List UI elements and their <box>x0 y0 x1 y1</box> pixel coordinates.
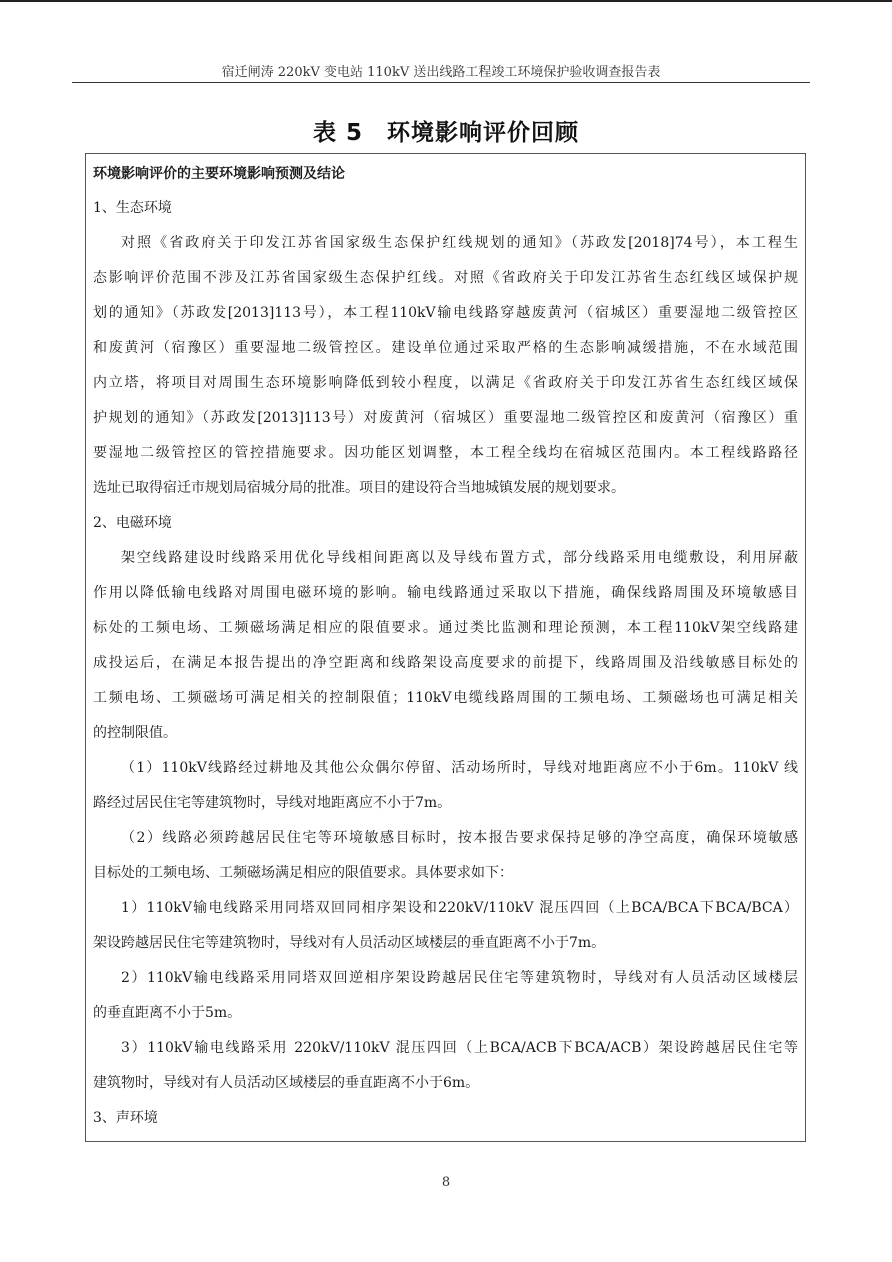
paragraph-line: 工频电场、工频磁场可满足相关的控制限值；110kV电缆线路周围的工频电场、工频磁… <box>93 681 798 716</box>
header-rule <box>72 82 810 83</box>
running-header: 宿迁闸涛 220kV 变电站 110kV 送出线路工程竣工环境保护验收调查报告表 <box>72 64 810 82</box>
top-border <box>0 0 892 2</box>
paragraph-line: 对照《省政府关于印发江苏省国家级生态保护红线规划的通知》（苏政发[2018]74… <box>93 226 798 261</box>
page-number: 8 <box>0 1175 892 1190</box>
sub-requirement-1-cont: 架设跨越居民住宅等建筑物时，导线对有人员活动区域楼层的垂直距离不小于7m。 <box>93 926 798 961</box>
review-table-cell: 环境影响评价的主要环境影响预测及结论 1、生态环境 对照《省政府关于印发江苏省国… <box>85 153 806 1142</box>
sub-requirement-3-cont: 建筑物时，导线对有人员活动区域楼层的垂直距离不小于6m。 <box>93 1066 798 1101</box>
paragraph-line: 和废黄河（宿豫区）重要湿地二级管控区。建设单位通过采取严格的生态影响减缓措施，不… <box>93 331 798 366</box>
page-title: 表 5 环境影响评价回顾 <box>0 114 892 147</box>
paragraph-line: 作用以降低输电线路对周围电磁环境的影响。输电线路通过采取以下措施，确保线路周围及… <box>93 576 798 611</box>
paragraph-line: 架空线路建设时线路采用优化导线相间距离以及导线布置方式，部分线路采用电缆敷设，利… <box>93 541 798 576</box>
section-label-electromagnetic: 2、电磁环境 <box>93 506 798 541</box>
paragraph-line: 选址已取得宿迁市规划局宿城分局的批准。项目的建设符合当地城镇发展的规划要求。 <box>93 471 798 506</box>
paragraph-line: 标处的工频电场、工频磁场满足相应的限值要求。通过类比监测和理论预测，本工程110… <box>93 611 798 646</box>
section-label-ecology: 1、生态环境 <box>93 191 798 226</box>
paragraph-line: 划的通知》（苏政发[2013]113号），本工程110kV输电线路穿越废黄河（宿… <box>93 296 798 331</box>
paragraph-line: 成投运后，在满足本报告提出的净空距离和线路架设高度要求的前提下，线路周围及沿线敏… <box>93 646 798 681</box>
sub-requirement-3: 3）110kV输电线路采用 220kV/110kV 混压四回（上BCA/ACB下… <box>93 1031 798 1066</box>
requirement-item-1: （1）110kV线路经过耕地及其他公众偶尔停留、活动场所时，导线对地距离应不小于… <box>93 751 798 786</box>
sub-requirement-1: 1）110kV输电线路采用同塔双回同相序架设和220kV/110kV 混压四回（… <box>93 891 798 926</box>
section-label-acoustic: 3、声环境 <box>93 1101 798 1136</box>
paragraph-line: 护规划的通知》（苏政发[2013]113号）对废黄河（宿城区）重要湿地二级管控区… <box>93 401 798 436</box>
sub-requirement-2-cont: 的垂直距离不小于5m。 <box>93 996 798 1031</box>
section-heading: 环境影响评价的主要环境影响预测及结论 <box>93 158 798 191</box>
requirement-item-2: （2）线路必须跨越居民住宅等环境敏感目标时，按本报告要求保持足够的净空高度，确保… <box>93 821 798 856</box>
paragraph-line: 内立塔，将项目对周围生态环境影响降低到较小程度，以满足《省政府关于印发江苏省生态… <box>93 366 798 401</box>
paragraph-line: 的控制限值。 <box>93 716 798 751</box>
requirement-item-2-cont: 目标处的工频电场、工频磁场满足相应的限值要求。具体要求如下： <box>93 856 798 891</box>
requirement-item-1-cont: 路经过居民住宅等建筑物时，导线对地距离应不小于7m。 <box>93 786 798 821</box>
sub-requirement-2: 2）110kV输电线路采用同塔双回逆相序架设跨越居民住宅等建筑物时，导线对有人员… <box>93 961 798 996</box>
paragraph-line: 要湿地二级管控区的管控措施要求。因功能区划调整，本工程全线均在宿城区范围内。本工… <box>93 436 798 471</box>
paragraph-line: 态影响评价范围不涉及江苏省国家级生态保护红线。对照《省政府关于印发江苏省生态红线… <box>93 261 798 296</box>
